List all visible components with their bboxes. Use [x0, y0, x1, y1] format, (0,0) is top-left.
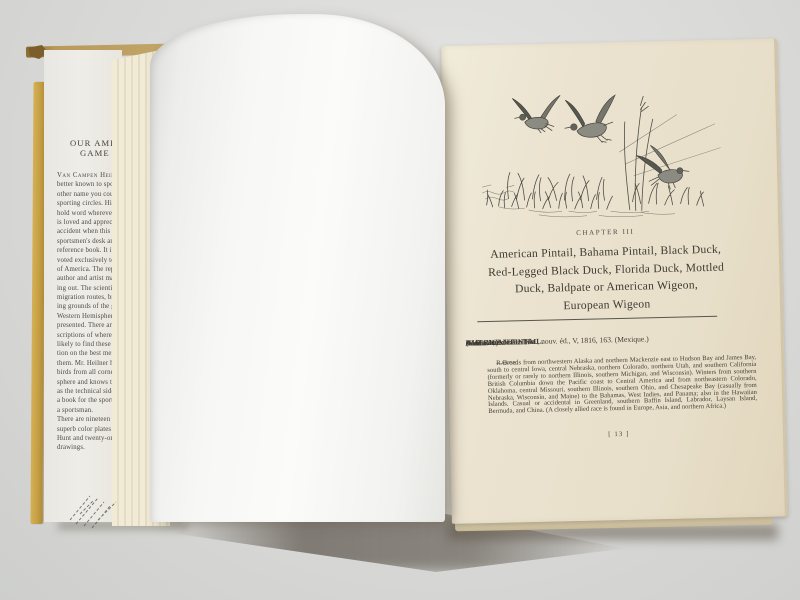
chapter-heading: CHAPTER III — [467, 225, 743, 239]
page-number: [ 13 ] — [480, 427, 758, 441]
photo-backdrop: OUR AMERI GAME BIR Van Campen Heilnebett… — [0, 0, 800, 600]
water-lines — [482, 184, 514, 200]
dust-jacket-flap: OUR AMERI GAME BIR Van Campen Heilnebett… — [44, 50, 122, 522]
divider-rule — [477, 316, 717, 322]
duck — [512, 95, 561, 133]
range-text: —Breeds from northwestern Alaska and nor… — [487, 355, 757, 416]
duck — [564, 95, 616, 143]
chapter-page: CHAPTER III American Pintail, Bahama Pin… — [441, 38, 788, 523]
range-paragraph: Range.—Breeds from northwestern Alaska a… — [478, 355, 756, 361]
species-citation: Nouv. Dict. d'Hist. Nat., nouv. éd., V, … — [478, 334, 649, 347]
lifted-blank-page — [150, 14, 445, 522]
chapter-title: American Pintail, Bahama Pintail, Black … — [468, 240, 746, 317]
ducks-illustration — [478, 90, 726, 224]
species-heading: AMERICAN PINTAIL. Dáfila acúta tzitzihóa… — [478, 332, 756, 338]
flap-text: Van Campen Heilnebetter known to sportso… — [44, 171, 122, 453]
pencil-scribble — [64, 476, 148, 536]
flap-heading: OUR AMERI GAME BIR — [44, 138, 122, 158]
